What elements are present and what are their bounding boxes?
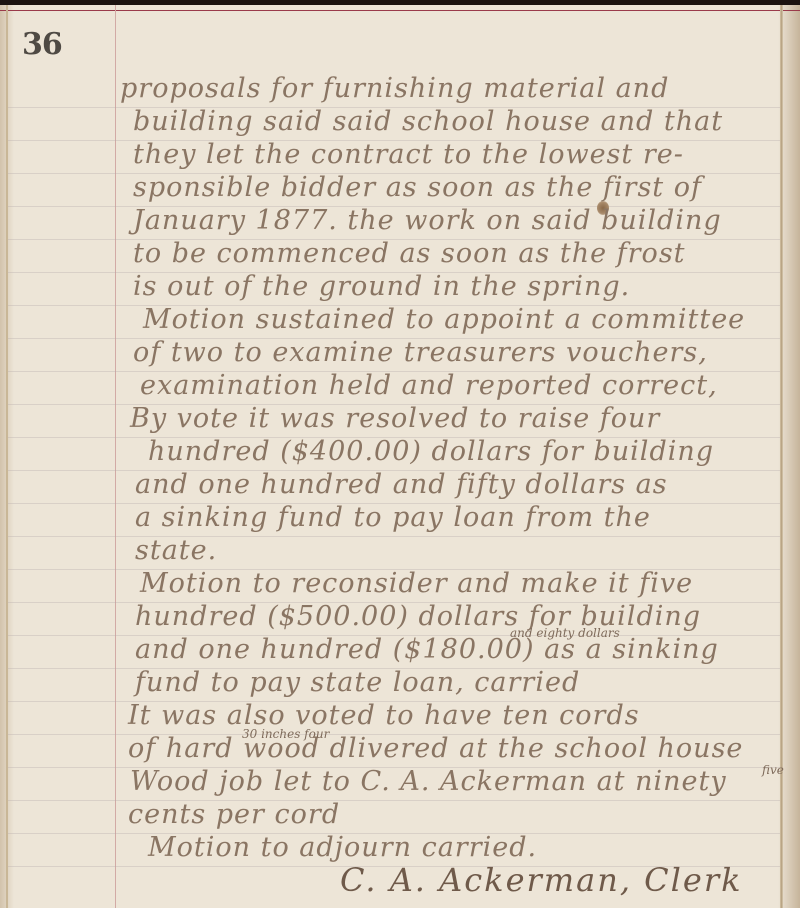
text-line: proposals for furnishing material and: [120, 73, 669, 104]
interlinear-insertion: five: [762, 763, 784, 777]
text-line: Motion sustained to appoint a committee: [143, 304, 745, 335]
handwritten-text: proposals for furnishing material and bu…: [0, 5, 800, 908]
text-line: Motion to reconsider and make it five: [140, 568, 693, 599]
text-line: By vote it was resolved to raise four: [130, 403, 660, 434]
text-line: they let the contract to the lowest re-: [133, 139, 684, 170]
interlinear-insertion: 30 inches four: [242, 727, 329, 741]
text-line: It was also voted to have ten cords: [128, 700, 640, 731]
text-line: state.: [135, 535, 217, 566]
text-line: sponsible bidder as soon as the first of: [133, 172, 702, 203]
text-line: of hard wood dlivered at the school hous…: [128, 733, 743, 764]
text-line: a sinking fund to pay loan from the: [135, 502, 651, 533]
text-line: Motion to adjourn carried.: [148, 832, 537, 863]
interlinear-insertion: and eighty dollars: [510, 626, 620, 640]
text-line: Wood job let to C. A. Ackerman at ninety: [130, 766, 727, 797]
text-line: January 1877. the work on said building: [133, 205, 722, 236]
text-line: is out of the ground in the spring.: [133, 271, 630, 302]
text-line: of two to examine treasurers vouchers,: [133, 337, 708, 368]
text-line: and one hundred and fifty dollars as: [135, 469, 668, 500]
text-line: cents per cord: [128, 799, 340, 830]
text-line: fund to pay state loan, carried: [135, 667, 580, 698]
text-line: building said said school house and that: [133, 106, 723, 137]
text-line: and one hundred ($180.00) as a sinking: [135, 634, 719, 665]
ledger-page: 36 proposals for furnishing material and…: [0, 5, 800, 908]
text-line: to be commenced as soon as the frost: [133, 238, 686, 269]
text-line: hundred ($400.00) dollars for building: [148, 436, 714, 467]
clerk-signature: C. A. Ackerman, Clerk: [340, 861, 743, 899]
text-line: examination held and reported correct,: [140, 370, 718, 401]
